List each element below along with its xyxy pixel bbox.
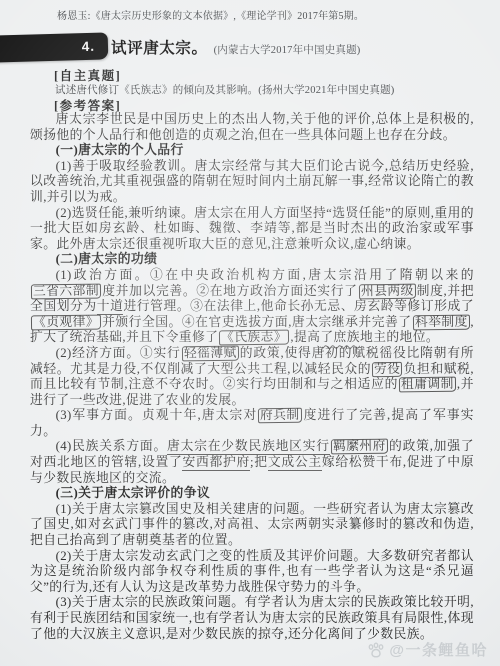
answer-paragraph: (1)善于吸取经验教训。唐太宗经常与其大臣们论古说今,总结历史经验,以改善统治,… <box>30 159 474 206</box>
text-run: (3)关于唐太宗的民族政策问题。有学者认为唐太宗的民族政策比较开明,有利于民族团… <box>30 595 474 640</box>
self-test-question: 试述唐代修订《氏族志》的倾向及其影响。(扬州大学2021年中国史真题) <box>55 82 480 97</box>
text-run: (1)关于唐太宗篡改国史及相关建唐的问题。一些研究者认为唐太宗篡改了国史,如对玄… <box>30 502 474 547</box>
reference-citation: 杨恩玉:《唐太宗历史形象的文本依据》,《理论学刊》2017年第5期。 <box>57 7 480 22</box>
answer-paragraph: 唐太宗李世民是中国历史上的杰出人物,关于他的评价,总体上是积极的,颂扬他的个人品… <box>30 112 474 143</box>
handwritten-underline-annotation: 唐太宗在少数民族地区实行 <box>167 439 330 455</box>
answer-paragraph: (4)民族关系方面。唐太宗在少数民族地区实行羁縻州府的政策,加强了对西北地区的管… <box>30 439 474 486</box>
text-run: (三)关于唐太宗评价的争议 <box>56 486 211 500</box>
question-source: (内蒙古大学2017年中国史真题) <box>214 42 361 57</box>
handwritten-wavy-annotation: 了庶族 <box>320 330 360 344</box>
watermark-text: @一条鲤鱼哈 <box>389 639 488 660</box>
answer-body: 唐太宗李世民是中国历史上的杰出人物,关于他的评价,总体上是积极的,颂扬他的个人品… <box>30 112 474 642</box>
handwritten-box-annotation: 《氏族志》 <box>219 330 289 346</box>
answer-paragraph: (3)关于唐太宗的民族政策问题。有学者认为唐太宗的民族政策比较开明,有利于民族团… <box>30 595 474 642</box>
answer-heading: (一)唐太宗的个人品行 <box>30 143 474 159</box>
question-title: 试评唐太宗。 <box>111 36 208 58</box>
text-run: (一)唐太宗的个人品行 <box>56 143 184 157</box>
text-run: (二)唐太宗的功绩 <box>56 252 158 266</box>
handwritten-box-annotation: 羁縻州府 <box>331 439 388 455</box>
answer-paragraph: (1)关于唐太宗篡改国史及相关建唐的问题。一些研究者认为唐太宗篡改了国史,如对玄… <box>30 502 474 549</box>
handwritten-box-annotation: 三省六部制 <box>31 283 101 299</box>
handwritten-box-annotation: 府兵制 <box>258 408 302 424</box>
question-number-badge: 4. <box>0 32 108 62</box>
handwritten-box-annotation: 科举制度 <box>413 314 470 330</box>
text-run: ,提高 <box>290 330 320 344</box>
text-run: (2)经济方面。①实行 <box>56 346 181 360</box>
handwritten-box-annotation: 劳役 <box>372 361 403 377</box>
text-run: 并颁行全国。④在官吏选拔方面,唐太宗继承并完善了 <box>102 315 412 329</box>
text-run: (2)选贤任能,兼听纳谏。唐太宗在用人方面坚持“选贤任能”的原则,重用的一批大臣… <box>30 206 474 251</box>
answer-paragraph: (2)经济方面。①实行轻徭薄赋的政策,使得唐初的赋税徭役比隋朝有所减轻。尤其是力… <box>30 346 474 408</box>
handwritten-underline-annotation: 十道 <box>97 299 124 315</box>
answer-paragraph: (2)选贤任能,兼听纳谏。唐太宗在用人方面坚持“选贤任能”的原则,重用的一批大臣… <box>30 206 474 253</box>
answer-paragraph: (3)军事方面。贞观十年,唐太宗对府兵制度进行了完善,提高了军事实力。 <box>30 408 474 439</box>
text-run: 唐太宗李世民是中国历史上的杰出人物,关于他的评价,总体上是积极的,颂扬他的个人品… <box>30 112 474 142</box>
answer-paragraph: (2)关于唐太宗发动玄武门之变的性质及其评价问题。大多数研究者都认为这是统治阶级… <box>30 549 474 596</box>
question-number: 4. <box>82 39 96 54</box>
handwritten-underline-annotation: 安西都护府 <box>182 455 250 471</box>
handwritten-box-annotation: 《贞观律》 <box>31 314 101 330</box>
text-run: (1)善于吸取经验教训。唐太宗经常与其大臣们论古说今,总结历史经验,以改善统治,… <box>30 159 474 204</box>
answer-heading: (二)唐太宗的功绩 <box>30 252 474 268</box>
text-run: ;把 <box>250 455 268 469</box>
text-run: 度并加以完善。②在地方政治方面还实行了 <box>102 284 358 298</box>
text-run: (2)关于唐太宗发动玄武门之变的性质及其评价问题。大多数研究者都认为这是统治阶级… <box>30 549 474 594</box>
handwritten-box-annotation: 轻徭薄赋 <box>182 346 239 362</box>
question-header: 试评唐太宗。 (内蒙古大学2017年中国史真题) <box>111 36 361 58</box>
text-run: 地主的地位。 <box>360 330 439 344</box>
handwritten-box-annotation: 州县两级 <box>359 283 416 299</box>
text-run: (3)军事方面。贞观十年,唐太宗对 <box>56 408 258 422</box>
paw-icon <box>367 642 385 658</box>
textbook-page: 杨恩玉:《唐太宗历史形象的文本依据》,《理论学刊》2017年第5期。 4. 试评… <box>0 0 500 666</box>
handwritten-underline-annotation: 文成公主 <box>268 455 322 471</box>
watermark: @一条鲤鱼哈 <box>367 639 488 660</box>
handwritten-box-annotation: 租庸调制 <box>399 377 456 393</box>
text-run: (1)政治方面。①在中央政治机构方面,唐太宗沿用了隋朝以来的 <box>56 268 474 282</box>
text-run: (4)民族关系方面。 <box>56 439 167 453</box>
answer-paragraph: (1)政治方面。①在中央政治机构方面,唐太宗沿用了隋朝以来的三省六部制度并加以完… <box>30 268 474 346</box>
answer-heading: (三)关于唐太宗评价的争议 <box>30 486 474 502</box>
text-run: 进行管理。③在法律上,他命长孙无忌、房玄龄等修订形成了 <box>123 299 474 313</box>
